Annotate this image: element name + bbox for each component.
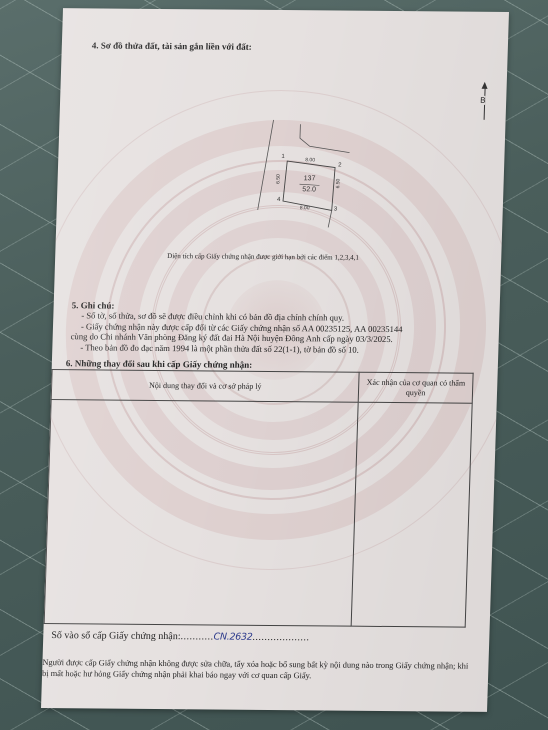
edge-bottom-length: 8.00	[300, 205, 310, 211]
table-header-row: Nội dung thay đổi và cơ sở pháp lý Xác n…	[51, 370, 473, 404]
parcel-diagram: 1 2 3 4 8.00 8.00 6.50 6.50 137 52.0	[252, 110, 396, 231]
section-6-heading: 6. Những thay đổi sau khi cấp Giấy chứng…	[66, 358, 253, 370]
column-header-authority-confirmation: Xác nhận của cơ quan có thẩm quyền	[358, 372, 473, 403]
north-label: B	[480, 96, 486, 105]
vertex-1: 1	[281, 154, 285, 160]
notes-section: 5. Ghi chú: - Số tờ, số thửa, sơ đồ sẽ đ…	[70, 300, 482, 356]
table-row	[44, 400, 472, 628]
edge-right-length: 6.50	[335, 179, 341, 189]
north-arrow-icon: B	[479, 82, 492, 122]
registry-number-line: Số vào sổ cấp Giấy chứng nhận:..........…	[51, 630, 309, 643]
vertex-4: 4	[277, 197, 281, 203]
change-content-cell	[44, 400, 358, 627]
diagram-caption: Diện tích cấp Giấy chứng nhận được giới …	[167, 252, 359, 262]
edge-left-length: 6.50	[275, 174, 281, 184]
edge-top-length: 8.00	[305, 157, 315, 163]
registry-handwritten-number: CN.2632	[213, 631, 252, 642]
note-line: - Theo bản đồ đo đạc năm 1994 là một phầ…	[70, 342, 480, 356]
warning-notice: Người được cấp Giấy chứng nhận không đượ…	[42, 658, 473, 683]
authority-confirmation-cell	[351, 402, 472, 627]
dotted-leader: ...................	[252, 632, 309, 643]
section-4-heading: 4. Sơ đồ thửa đất, tài sản gắn liền với …	[92, 40, 252, 51]
vertex-3: 3	[334, 207, 338, 213]
changes-table: Nội dung thay đổi và cơ sở pháp lý Xác n…	[44, 369, 474, 628]
registry-label: Số vào sổ cấp Giấy chứng nhận:	[51, 630, 181, 642]
column-header-change-content: Nội dung thay đổi và cơ sở pháp lý	[51, 370, 359, 403]
dotted-leader: ...........	[180, 631, 213, 642]
vertex-2: 2	[338, 163, 342, 169]
parcel-area: 52.0	[302, 186, 316, 193]
land-certificate-page: 4. Sơ đồ thửa đất, tài sản gắn liền với …	[41, 8, 509, 712]
parcel-number: 137	[304, 175, 316, 182]
